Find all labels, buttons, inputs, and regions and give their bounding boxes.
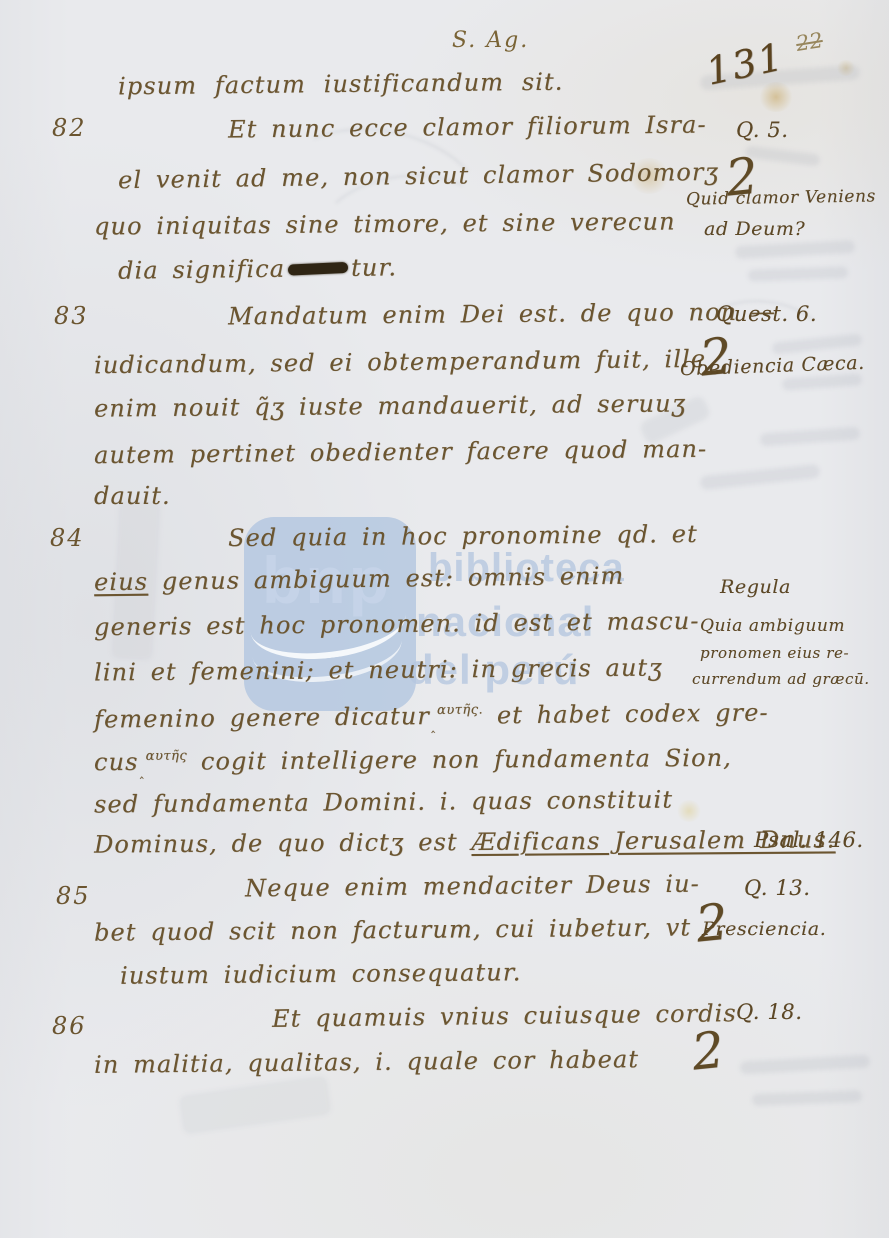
margin-note-quia-ambiguum: Quia ambiguum (700, 616, 845, 636)
line-text: cus (94, 748, 139, 776)
section-85-line-3: iustum iudicium consequatur. (120, 958, 522, 990)
section-82-line-2: el venit ad me, non sicut clamor Sodomor… (118, 158, 719, 194)
margin-note-currendum: currendum ad græcū. (692, 670, 870, 688)
ink-bleedthrough (700, 464, 821, 490)
section-85-line-1: Neque enim mendaciter Deus iu- (245, 870, 700, 903)
q-tail-flourish: 2 (689, 1024, 726, 1077)
section-83-line-5: dauit. (94, 482, 171, 510)
crossed-page-number: 22 (794, 28, 824, 56)
line-text: femenino genere dicatur (94, 702, 430, 734)
section-number-86: 86 (52, 1012, 87, 1040)
section-84-line-6: cus‸αυτῆς cogit intelligere non fundamen… (94, 744, 732, 779)
section-number-85: 85 (56, 882, 91, 910)
margin-ref-q18: Q. 18. (736, 1000, 803, 1024)
margin-note-regula: Regula (720, 576, 791, 598)
greek-superscript: αυτῆς (146, 749, 188, 764)
line-text: tur. (351, 253, 397, 282)
intro-line: ipsum factum iustificandum sit. (118, 68, 564, 101)
paper-stain (758, 82, 794, 112)
insertion-caret: ‸ (431, 719, 436, 733)
ink-bleedthrough (178, 1075, 332, 1135)
greek-superscript: αυτῆς. (437, 702, 483, 717)
section-84-line-8: Dominus, de quo dictʒ est Ædificans Jeru… (94, 825, 836, 858)
section-84-line-4: lini et femenini; et neutri: in grecis a… (94, 654, 663, 687)
margin-ref-psal146: Psal. 146. (754, 828, 864, 852)
underlined-word: eius (94, 568, 148, 597)
paper-stain (836, 60, 856, 76)
manuscript-page: bnp biblioteca nacional del perú S. Ag. … (0, 0, 889, 1238)
line-text: Dominus, de quo dictʒ est (94, 828, 472, 859)
ink-bleedthrough (740, 1055, 871, 1075)
line-text: dia significa (118, 255, 285, 285)
line-text: cogit intelligere non fundamenta Sion, (201, 744, 732, 776)
margin-ref-q5: Q. 5. (736, 118, 789, 142)
ink-bleedthrough (735, 240, 856, 259)
ink-bleedthrough (752, 1090, 862, 1106)
section-83-line-1: Mandatum enim Dei est. de quo non — (228, 298, 776, 331)
section-84-line-5: femenino genere dicatur‸αυτῆς. et habet … (94, 698, 769, 736)
section-84-line-3: generis est hoc pronomen. id est et masc… (94, 607, 700, 641)
margin-note-quid-clamor: Quid clamor Veniens (686, 186, 876, 209)
margin-note-presciencia: Presciencia. (702, 918, 826, 940)
page-header-abbreviation: S. Ag. (452, 28, 529, 53)
paper-stain (676, 800, 702, 822)
folio-number: 131 (702, 34, 788, 93)
margin-note-pronomen: pronomen eius re- (700, 644, 849, 662)
section-number-82: 82 (52, 114, 87, 142)
section-82-line-4: dia significatur. (118, 253, 397, 284)
margin-ref-q13: Q. 13. (744, 876, 811, 900)
section-number-83: 83 (54, 302, 89, 330)
margin-note-ad-deum: ad Deum? (704, 218, 805, 240)
section-84-line-2: eius genus ambiguum est: omnis enim (94, 562, 625, 596)
section-82-line-3: quo iniquitas sine timore, et sine verec… (94, 207, 676, 240)
section-86-line-1: Et quamuis vnius cuiusque cordis (272, 999, 737, 1033)
section-83-line-2: iudicandum, sed ei obtemperandum fuit, i… (94, 345, 706, 379)
insertion-caret: ‸ (140, 765, 145, 779)
line-text: genus ambiguum est: omnis enim (148, 562, 624, 596)
section-number-84: 84 (50, 524, 85, 552)
ink-bleedthrough (748, 266, 848, 281)
section-82-line-1: Et nunc ecce clamor filiorum Isra- (228, 110, 707, 143)
section-85-line-2: bet quod scit non facturum, cui iubetur,… (94, 913, 691, 946)
margin-ref-quest6: Quest. 6. (716, 302, 817, 326)
section-84-line-7: sed fundamenta Domini. i. quas constitui… (94, 785, 673, 818)
ink-blot (288, 262, 348, 276)
section-83-line-4: autem pertinet obedienter facere quod ma… (94, 435, 707, 469)
section-86-line-2: in malitia, qualitas, i. quale cor habea… (94, 1045, 639, 1079)
line-text: et habet codex gre- (497, 698, 769, 729)
section-84-line-1: Sed quia in hoc pronomine qd. et (228, 520, 698, 552)
section-83-line-3: enim nouit q̃ʒ iuste mandauerit, ad seru… (94, 389, 686, 422)
ink-bleedthrough (760, 427, 861, 447)
